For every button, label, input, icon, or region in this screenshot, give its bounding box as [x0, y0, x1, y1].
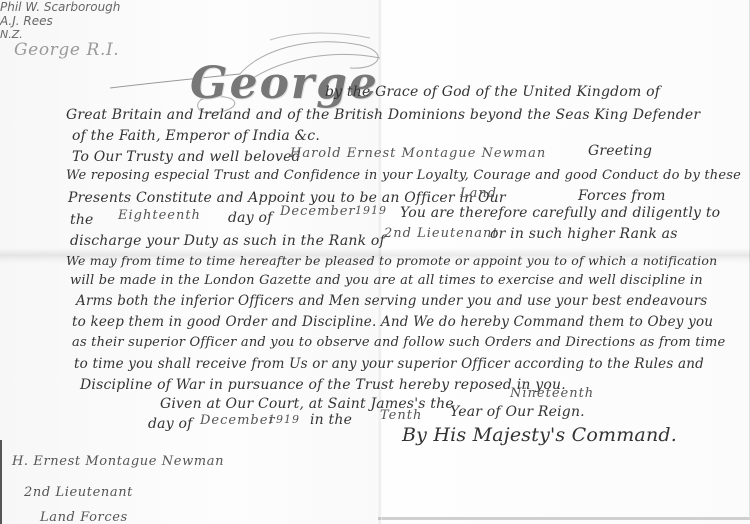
- margin-officer-name: H. Ernest Montague Newman: [12, 454, 224, 469]
- body-line-8-rest: or in such higher Rank as: [490, 226, 678, 242]
- appointment-year: 1919: [355, 204, 387, 217]
- given-day: Nineteenth: [510, 386, 594, 401]
- body-line-10: will be made in the London Gazette and y…: [70, 273, 703, 288]
- body-line-1: by the Grace of God of the United Kingdo…: [325, 84, 660, 100]
- commission-document: George R.I. George by the Grace of God o…: [0, 0, 750, 524]
- page-edge: [0, 440, 2, 524]
- body-line-12: to keep them in good Order and Disciplin…: [72, 314, 713, 330]
- body-line-15: Discipline of War in pursuance of the Tr…: [80, 377, 566, 393]
- body-line-9: We may from time to time hereafter be pl…: [66, 253, 717, 268]
- body-line-7-rest: You are therefore carefully and diligent…: [400, 205, 720, 221]
- body-line-8: discharge your Duty as such in the Rank …: [70, 233, 385, 249]
- given-year: 1919: [268, 413, 300, 426]
- body-line-7-dayof: day of: [228, 210, 272, 226]
- year-of-reign: Year of Our Reign.: [450, 404, 585, 420]
- appointment-month: December: [280, 204, 356, 219]
- body-line-7-the: the: [70, 212, 94, 228]
- given-dayof: day of: [148, 416, 192, 432]
- given-month: December: [200, 413, 276, 428]
- margin-rank: 2nd Lieutenant: [24, 485, 133, 500]
- body-line-14: to time you shall receive from Us or any…: [74, 356, 704, 372]
- greeting: Greeting: [588, 143, 652, 159]
- by-command: By His Majesty's Command.: [402, 424, 677, 446]
- body-line-13: as their superior Officer and you to obs…: [72, 335, 725, 350]
- rank: 2nd Lieutenant: [384, 226, 499, 241]
- body-line-3: of the Faith, Emperor of India &c.: [72, 128, 320, 144]
- in-the: in the: [310, 412, 352, 428]
- body-line-11: Arms both the inferior Officers and Men …: [76, 293, 707, 309]
- reign-year: Tenth: [380, 408, 422, 423]
- body-line-2: Great Britain and Ireland and of the Bri…: [66, 107, 700, 123]
- officer-name: Harold Ernest Montague Newman: [290, 146, 546, 161]
- body-line-5: We reposing especial Trust and Confidenc…: [66, 168, 741, 183]
- body-line-4: To Our Trusty and well beloved: [72, 149, 301, 165]
- forces-from: Forces from: [578, 188, 666, 204]
- margin-forces: Land Forces: [40, 510, 128, 524]
- forces-type: Land: [460, 186, 497, 201]
- appointment-day: Eighteenth: [118, 208, 201, 223]
